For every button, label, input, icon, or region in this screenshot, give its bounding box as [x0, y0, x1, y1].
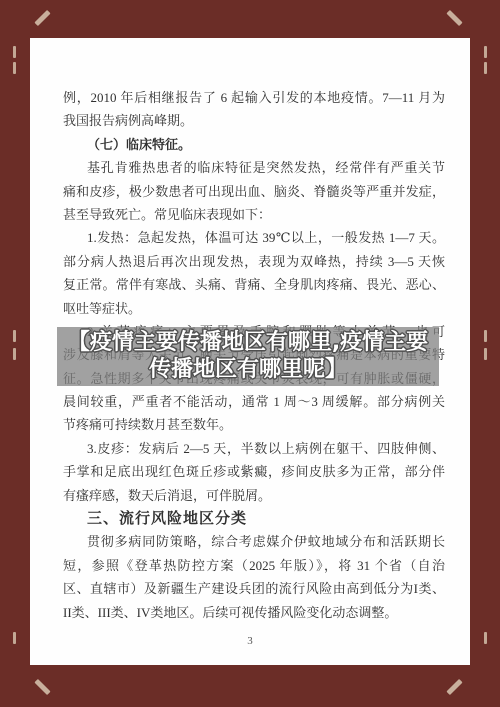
- document-line: 节疼痛可持续数月甚至数年。: [63, 413, 445, 436]
- frame-notch: [484, 46, 487, 58]
- frame-notch: [13, 46, 16, 58]
- document-line: 短，参照《登革热防控方案（2025 年版）》，将 31 个省（自治: [63, 554, 445, 577]
- frame-notch: [484, 62, 487, 74]
- frame-notch: [34, 10, 50, 26]
- document-page: 例，2010 年后相继报告了 6 起输入引发的本地疫情。7—11 月为我国报告病…: [0, 0, 500, 707]
- watermark-overlay: 【疫情主要传播地区有哪里,疫情主要 传播地区有哪里呢】: [57, 327, 439, 386]
- document-line: 有瘙痒感，数天后消退，可伴脱屑。: [63, 484, 445, 507]
- frame-notch: [446, 10, 462, 26]
- frame-notch: [13, 348, 16, 360]
- page-number: 3: [0, 635, 500, 647]
- watermark-line-1: 【疫情主要传播地区有哪里,疫情主要: [57, 330, 439, 357]
- document-line: 贯彻多病同防策略，综合考虑媒介伊蚊地域分布和活跃期长: [63, 530, 445, 553]
- frame-notch: [484, 348, 487, 360]
- document-line: 1.发热：急起发热，体温可达 39℃以上，一般发热 1—7 天。: [63, 226, 445, 249]
- document-line: II类、III类、IV类地区。后续可视传播风险变化动态调整。: [63, 601, 445, 624]
- document-line: 复正常。常伴有寒战、头痛、背痛、全身肌肉疼痛、畏光、恶心、: [63, 273, 445, 296]
- document-line: 甚至导致死亡。常见临床表现如下：: [63, 203, 445, 226]
- document-line: 呕吐等症状。: [63, 297, 445, 320]
- frame-notch: [13, 62, 16, 74]
- document-line: 3.皮疹：发病后 2—5 天，半数以上病例在躯干、四肢伸侧、: [63, 437, 445, 460]
- frame-notch: [484, 330, 487, 342]
- document-line: 晨间较重，严重者不能活动，通常 1 周～3 周缓解。部分病例关: [63, 390, 445, 413]
- document-line: 手掌和足底出现红色斑丘疹或紫癜，疹间皮肤多为正常，部分伴: [63, 460, 445, 483]
- document-line: 区、直辖市）及新疆生产建设兵团的流行风险由高到低分为I类、: [63, 577, 445, 600]
- document-line: 痛和皮疹，极少数患者可出现出血、脑炎、脊髓炎等严重并发症，: [63, 180, 445, 203]
- frame-notch: [446, 679, 462, 695]
- document-line: 部分病人热退后再次出现发热，表现为双峰热，持续 3—5 天恢: [63, 250, 445, 273]
- document-line: （七）临床特征。: [63, 133, 445, 156]
- frame-notch: [34, 679, 50, 695]
- watermark-line-2: 传播地区有哪里呢】: [57, 357, 439, 384]
- document-line: 基孔肯雅热患者的临床特征是突然发热，经常伴有严重关节: [63, 156, 445, 179]
- document-line: 三、流行风险地区分类: [63, 507, 445, 530]
- document-line: 我国报告病例高峰期。: [63, 109, 445, 132]
- frame-notch: [13, 330, 16, 342]
- document-line: 例，2010 年后相继报告了 6 起输入引发的本地疫情。7—11 月为: [63, 86, 445, 109]
